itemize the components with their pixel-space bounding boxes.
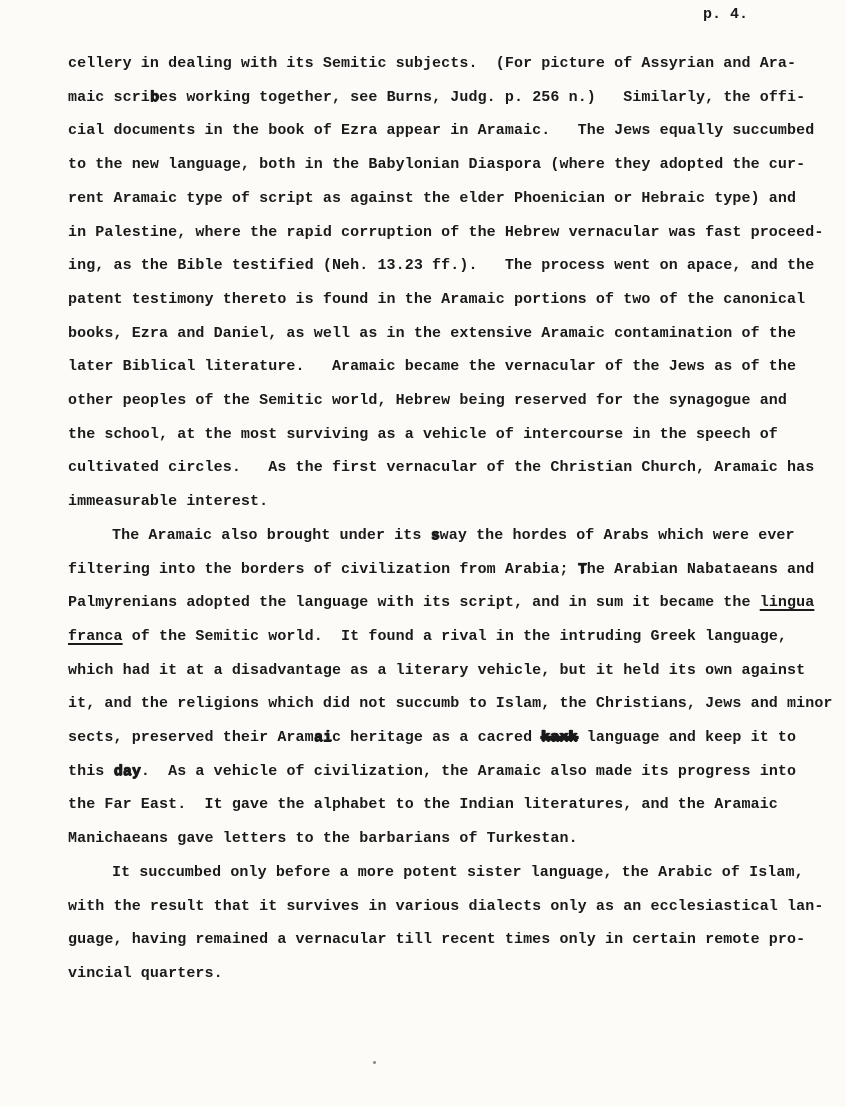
blot-text-segment: T [578, 561, 587, 578]
blot-text-segment: ai [314, 729, 332, 746]
text-segment: patent testimony thereto is found in the… [68, 291, 805, 308]
text-line: ing, as the Bible testified (Neh. 13.23 … [68, 249, 830, 283]
text-segment: books, Ezra and Daniel, as well as in th… [68, 325, 796, 342]
typewritten-text: cellery in dealing with its Semitic subj… [68, 47, 830, 991]
text-segment: it, and the religions which did not succ… [68, 695, 833, 712]
text-line: later Biblical literature. Aramaic becam… [68, 350, 830, 384]
blot-text-segment: b [150, 89, 159, 106]
text-line: vincial quarters. [68, 957, 830, 991]
text-line: with the result that it survives in vari… [68, 890, 830, 924]
text-segment: c heritage as a cacred [332, 729, 541, 746]
text-segment: sects, preserved their Aram [68, 729, 314, 746]
text-line: Manichaeans gave letters to the barbaria… [68, 822, 830, 856]
text-segment: he Arabian Nabataeans and [587, 561, 815, 578]
text-segment: vincial quarters. [68, 965, 223, 982]
text-segment: rent Aramaic type of script as against t… [68, 190, 796, 207]
text-line: guage, having remained a vernacular till… [68, 923, 830, 957]
text-line: sects, preserved their Aramaic heritage … [68, 721, 830, 755]
text-segment: It succumbed only before a more potent s… [112, 864, 804, 881]
text-line: Palmyrenians adopted the language with i… [68, 586, 830, 620]
u-text-segment: franca [68, 628, 123, 645]
text-line: rent Aramaic type of script as against t… [68, 182, 830, 216]
text-line: it, and the religions which did not succ… [68, 687, 830, 721]
text-segment: immeasurable interest. [68, 493, 268, 510]
text-line: maic scribes working together, see Burns… [68, 81, 830, 115]
text-line: other peoples of the Semitic world, Hebr… [68, 384, 830, 418]
text-segment: with the result that it survives in vari… [68, 898, 823, 915]
text-line: books, Ezra and Daniel, as well as in th… [68, 317, 830, 351]
paper-speck [373, 1061, 376, 1064]
text-line: It succumbed only before a more potent s… [68, 856, 830, 890]
text-segment: Manichaeans gave letters to the barbaria… [68, 830, 578, 847]
text-segment: cultivated circles. As the first vernacu… [68, 459, 814, 476]
text-segment: the school, at the most surviving as a v… [68, 426, 778, 443]
text-segment: The Aramaic also brought under its [112, 527, 431, 544]
text-segment: cellery in dealing with its Semitic subj… [68, 55, 796, 72]
strike-text-segment: kaxk [541, 729, 577, 746]
text-segment: the Far East. It gave the alphabet to th… [68, 796, 778, 813]
text-line: the Far East. It gave the alphabet to th… [68, 788, 830, 822]
text-segment: es working together, see Burns, Judg. p.… [159, 89, 805, 106]
u-text-segment: lingua [760, 594, 815, 611]
text-line: The Aramaic also brought under its sway … [68, 519, 830, 553]
text-segment: to the new language, both in the Babylon… [68, 156, 805, 173]
text-segment: of the Semitic world. It found a rival i… [123, 628, 787, 645]
text-segment: filtering into the borders of civilizati… [68, 561, 578, 578]
text-segment: which had it at a disadvantage as a lite… [68, 662, 805, 679]
text-line: to the new language, both in the Babylon… [68, 148, 830, 182]
text-line: cultivated circles. As the first vernacu… [68, 451, 830, 485]
text-line: the school, at the most surviving as a v… [68, 418, 830, 452]
text-segment: . As a vehicle of civilization, the Aram… [141, 763, 796, 780]
text-line: cellery in dealing with its Semitic subj… [68, 47, 830, 81]
text-segment: way the hordes of Arabs which were ever [440, 527, 795, 544]
blot-text-segment: day [114, 763, 141, 780]
text-segment: this [68, 763, 114, 780]
text-segment: other peoples of the Semitic world, Hebr… [68, 392, 787, 409]
text-segment: maic scri [68, 89, 150, 106]
text-line: patent testimony thereto is found in the… [68, 283, 830, 317]
text-segment: ing, as the Bible testified (Neh. 13.23 … [68, 257, 814, 274]
text-segment: in Palestine, where the rapid corruption… [68, 224, 823, 241]
text-segment: later Biblical literature. Aramaic becam… [68, 358, 796, 375]
text-line: cial documents in the book of Ezra appea… [68, 114, 830, 148]
text-segment: guage, having remained a vernacular till… [68, 931, 805, 948]
text-line: franca of the Semitic world. It found a … [68, 620, 830, 654]
text-line: which had it at a disadvantage as a lite… [68, 654, 830, 688]
text-line: in Palestine, where the rapid corruption… [68, 216, 830, 250]
text-line: filtering into the borders of civilizati… [68, 553, 830, 587]
text-segment: Palmyrenians adopted the language with i… [68, 594, 760, 611]
text-segment: cial documents in the book of Ezra appea… [68, 122, 814, 139]
blot-text-segment: s [431, 527, 440, 544]
text-line: this day. As a vehicle of civilization, … [68, 755, 830, 789]
text-line: immeasurable interest. [68, 485, 830, 519]
document-page: p. 4. cellery in dealing with its Semiti… [0, 0, 846, 1107]
text-segment: language and keep it to [578, 729, 796, 746]
page-number: p. 4. [703, 6, 748, 23]
